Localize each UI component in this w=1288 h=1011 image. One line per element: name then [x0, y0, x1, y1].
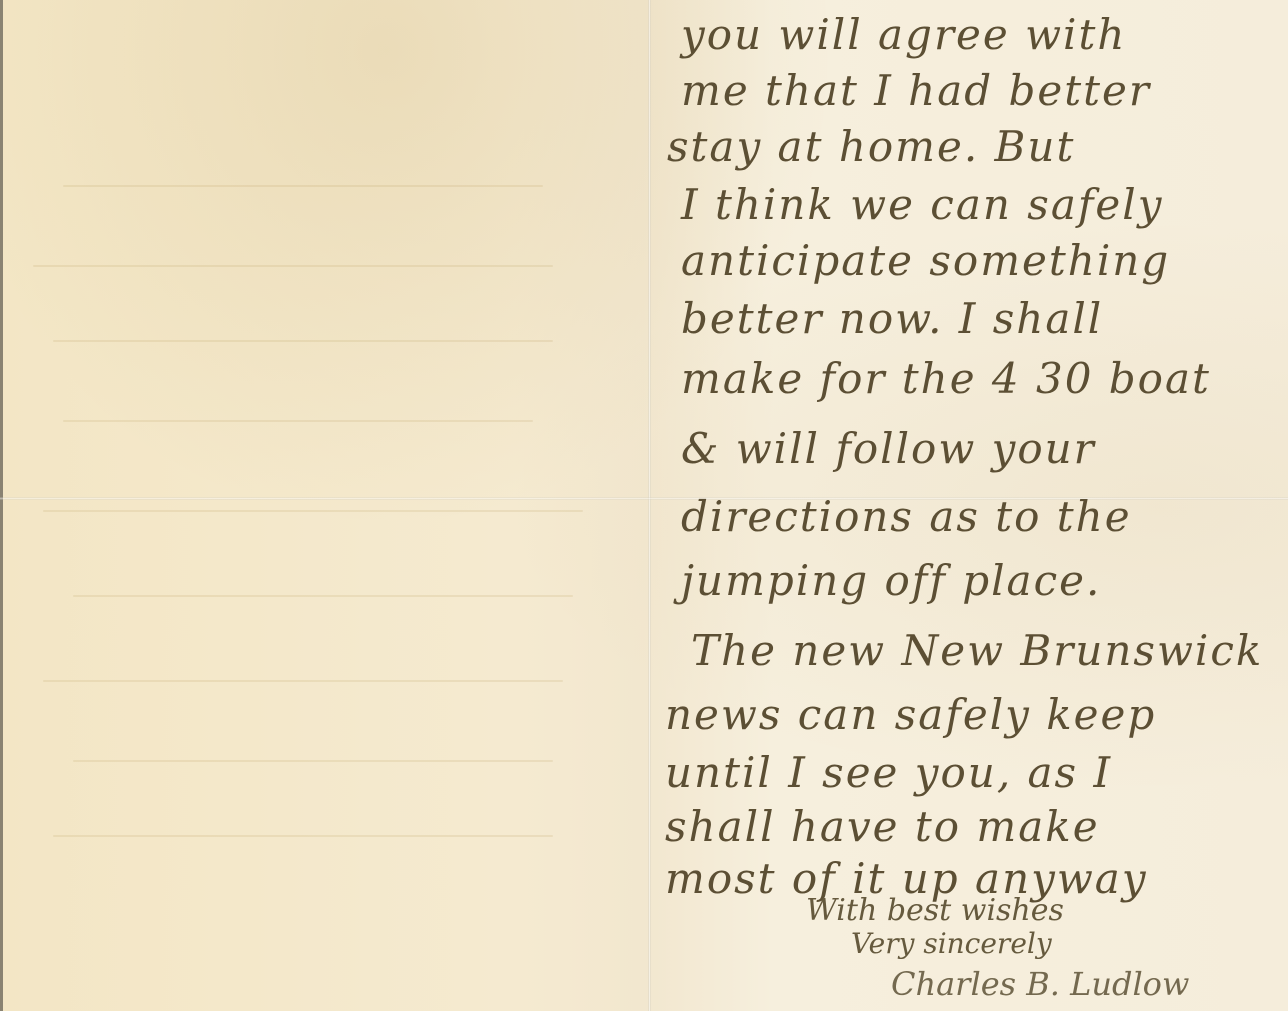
- letter-line: I think we can safely: [681, 184, 1163, 226]
- bleed-through-mark: [73, 760, 553, 762]
- letter-line: directions as to the: [681, 496, 1132, 538]
- bleed-through-mark: [33, 265, 553, 267]
- closing-phrase: With best wishes: [806, 896, 1064, 926]
- letter-line: better now. I shall: [681, 298, 1103, 340]
- letter-line: stay at home. But: [667, 126, 1075, 168]
- bleed-through-mark: [63, 185, 543, 187]
- left-page-blank: [3, 0, 648, 1011]
- salutation: Very sincerely: [851, 930, 1052, 958]
- letter-line: make for the 4 30 boat: [681, 358, 1211, 400]
- letter-line: news can safely keep: [665, 694, 1156, 736]
- letter-line: me that I had better: [681, 70, 1151, 112]
- right-page-handwriting: you will agree with me that I had better…: [651, 0, 1288, 1011]
- bleed-through-mark: [43, 510, 583, 512]
- bleed-through-mark: [53, 340, 553, 342]
- letter-line: until I see you, as I: [665, 752, 1112, 794]
- letter-line: The new New Brunswick: [691, 630, 1263, 672]
- bleed-through-mark: [73, 595, 573, 597]
- letter-line: anticipate something: [681, 240, 1170, 282]
- bleed-through-mark: [53, 835, 553, 837]
- letter-line: jumping off place.: [681, 560, 1101, 602]
- bleed-through-mark: [63, 420, 533, 422]
- letter-line: you will agree with: [681, 14, 1126, 56]
- letter-line: shall have to make: [665, 806, 1100, 848]
- bleed-through-mark: [43, 680, 563, 682]
- signature: Charles B. Ludlow: [891, 968, 1189, 1000]
- letter-line: & will follow your: [681, 428, 1096, 470]
